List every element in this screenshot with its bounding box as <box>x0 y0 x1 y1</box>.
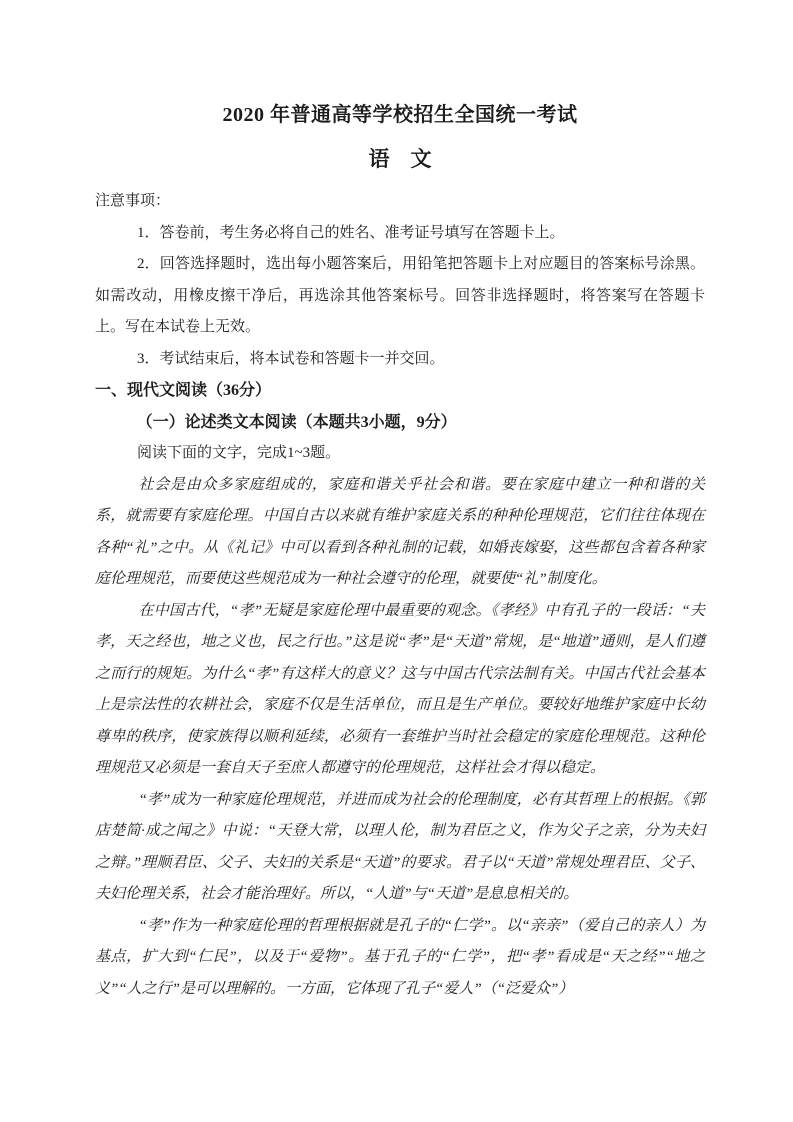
notice-item-2: 2．回答选择题时，选出每小题答案后，用铅笔把答题卡上对应题目的答案标号涂黑。如需… <box>95 249 705 344</box>
passage-paragraph-1: 社会是由众多家庭组成的，家庭和谐关乎社会和谐。要在家庭中建立一种和谐的关系，就需… <box>95 470 705 596</box>
document-body: 注意事项： 1．答卷前，考生务必将自己的姓名、准考证号填写在答题卡上。 2．回答… <box>95 186 705 1005</box>
notice-heading: 注意事项： <box>95 186 705 218</box>
exam-paper-page: 2020 年普通高等学校招生全国统一考试 语 文 注意事项： 1．答卷前，考生务… <box>0 0 793 1122</box>
passage-paragraph-2: 在中国古代，“孝”无疑是家庭伦理中最重要的观念。《孝经》中有孔子的一段话：“夫孝… <box>95 596 705 785</box>
passage-paragraph-4: “孝”作为一种家庭伦理的哲理根据就是孔子的“仁学”。以“亲亲”（爱自己的亲人）为… <box>95 911 705 1006</box>
exam-subject-title: 语 文 <box>95 147 705 171</box>
subsection-heading-argumentative-reading: （一）论述类文本阅读（本题共3小题，9分） <box>95 407 705 439</box>
notice-item-1: 1．答卷前，考生务必将自己的姓名、准考证号填写在答题卡上。 <box>95 218 705 250</box>
exam-title: 2020 年普通高等学校招生全国统一考试 <box>95 103 705 127</box>
reading-instruction: 阅读下面的文字，完成1~3题。 <box>95 438 705 470</box>
passage-paragraph-3: “孝”成为一种家庭伦理规范，并进而成为社会的伦理制度，必有其哲理上的根据。《郭店… <box>95 785 705 911</box>
section-heading-modern-reading: 一、现代文阅读（36分） <box>95 375 705 407</box>
notice-item-3: 3．考试结束后，将本试卷和答题卡一并交回。 <box>95 344 705 376</box>
